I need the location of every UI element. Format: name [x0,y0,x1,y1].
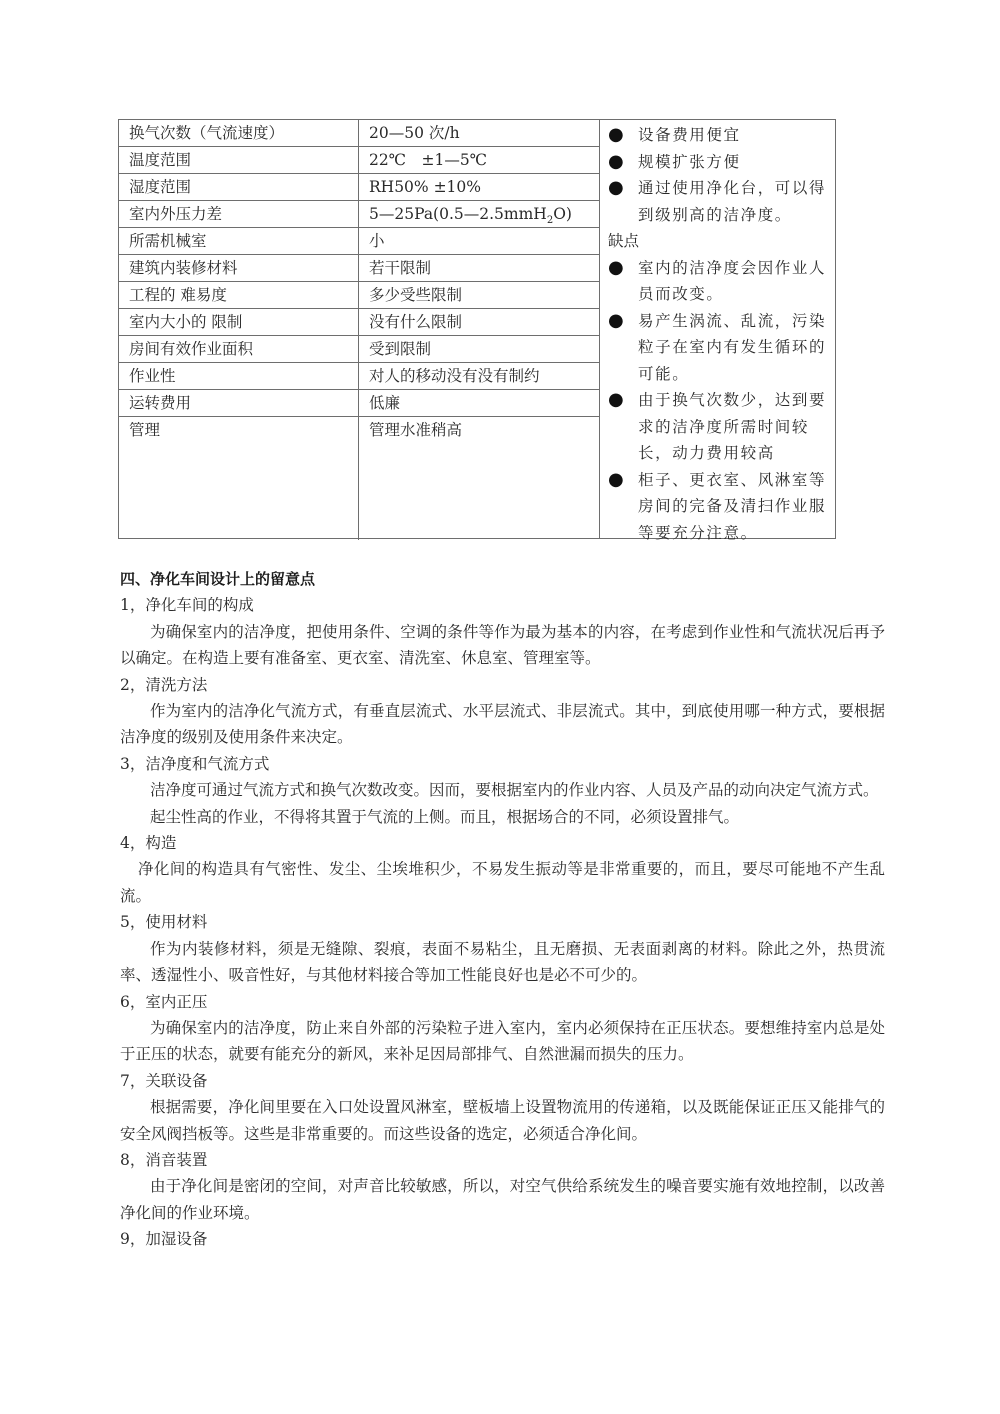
item-heading: 4，构造 [120,830,885,856]
item-heading: 3，洁净度和气流方式 [120,751,885,777]
spec-value: 低廉 [359,390,599,416]
spec-key: 湿度范围 [119,174,359,200]
paragraph: 洁净度可通过气流方式和换气次数改变。因而，要根据室内的作业内容、人员及产品的动向… [120,777,885,803]
paragraph: 起尘性高的作业，不得将其置于气流的上侧。而且，根据场合的不同，必须设置排气。 [120,804,885,830]
spec-columns: 换气次数（气流速度） 20—50 次/h 温度范围 22℃ ±1—5℃ 湿度范围… [119,120,599,538]
spec-key: 室内外压力差 [119,201,359,227]
bullet-icon: ● [608,122,638,149]
disadvantage-text: 由于换气次数少，达到要求的洁净度所需时间较长，动力费用较高 [638,387,835,467]
spec-value: 若干限制 [359,255,599,281]
spec-key: 作业性 [119,363,359,389]
advantage-item: ● 规模扩张方便 [608,149,835,176]
bullet-icon: ● [608,387,638,467]
table-row: 工程的 难易度 多少受些限制 [119,282,599,309]
advantage-text: 规模扩张方便 [638,149,835,176]
table-row: 运转费用 低廉 [119,390,599,417]
spec-key: 工程的 难易度 [119,282,359,308]
spec-value: 多少受些限制 [359,282,599,308]
disadvantages-heading: 缺点 [608,228,835,255]
paragraph: 作为室内的洁净化气流方式，有垂直层流式、水平层流式、非层流式。其中，到底使用哪一… [120,698,885,751]
spec-value: 对人的移动没有没有制约 [359,363,599,389]
pros-cons-column: ● 设备费用便宜 ● 规模扩张方便 ● 通过使用净化台，可以得到级别高的洁净度。… [599,120,835,538]
item-heading: 8，消音装置 [120,1147,885,1173]
advantage-item: ● 设备费用便宜 [608,122,835,149]
spec-value: 22℃ ±1—5℃ [359,147,599,173]
disadvantage-item: ● 室内的洁净度会因作业人员而改变。 [608,255,835,308]
spec-value: 20—50 次/h [359,120,599,146]
spec-value: RH50% ±10% [359,174,599,200]
advantage-text: 设备费用便宜 [638,122,835,149]
spec-key: 管理 [119,417,359,540]
paragraph: 由于净化间是密闭的空间，对声音比较敏感，所以，对空气供给系统发生的噪音要实施有效… [120,1173,885,1226]
spec-value: 5—25Pa(0.5—2.5mmH2O) [359,201,599,227]
table-row: 换气次数（气流速度） 20—50 次/h [119,120,599,147]
item-heading: 2，清洗方法 [120,672,885,698]
paragraph: 为确保室内的洁净度，把使用条件、空调的条件等作为最为基本的内容，在考虑到作业性和… [120,619,885,672]
comparison-table: 换气次数（气流速度） 20—50 次/h 温度范围 22℃ ±1—5℃ 湿度范围… [118,119,836,539]
spec-key: 温度范围 [119,147,359,173]
disadvantage-text: 室内的洁净度会因作业人员而改变。 [638,255,835,308]
paragraph: 净化间的构造具有气密性、发尘、尘埃堆积少，不易发生振动等是非常重要的，而且，要尽… [120,856,885,909]
advantage-text: 通过使用净化台，可以得到级别高的洁净度。 [638,175,835,228]
table-row: 室内外压力差 5—25Pa(0.5—2.5mmH2O) [119,201,599,228]
design-notes-section: 四、净化车间设计上的留意点 1，净化车间的构成 为确保室内的洁净度，把使用条件、… [120,566,885,1253]
document-page: 换气次数（气流速度） 20—50 次/h 温度范围 22℃ ±1—5℃ 湿度范围… [0,0,1000,1414]
bullet-icon: ● [608,467,638,547]
spec-key: 运转费用 [119,390,359,416]
spec-key: 所需机械室 [119,228,359,254]
table-row: 所需机械室 小 [119,228,599,255]
table-row: 管理 管理水准稍高 [119,417,599,540]
paragraph: 作为内装修材料，须是无缝隙、裂痕，表面不易粘尘，且无磨损、无表面剥离的材料。除此… [120,936,885,989]
bullet-icon: ● [608,255,638,308]
item-heading: 6，室内正压 [120,989,885,1015]
disadvantage-text: 易产生涡流、乱流，污染粒子在室内有发生循环的可能。 [638,308,835,388]
item-heading: 1，净化车间的构成 [120,592,885,618]
table-row: 房间有效作业面积 受到限制 [119,336,599,363]
section-title: 四、净化车间设计上的留意点 [120,566,885,592]
disadvantage-item: ● 柜子、更衣室、风淋室等房间的完备及清扫作业服等要充分注意。 [608,467,835,547]
item-heading: 5，使用材料 [120,909,885,935]
table-row: 温度范围 22℃ ±1—5℃ [119,147,599,174]
advantage-item: ● 通过使用净化台，可以得到级别高的洁净度。 [608,175,835,228]
disadvantage-item: ● 易产生涡流、乱流，污染粒子在室内有发生循环的可能。 [608,308,835,388]
spec-key: 室内大小的 限制 [119,309,359,335]
paragraph: 为确保室内的洁净度，防止来自外部的污染粒子进入室内，室内必须保持在正压状态。要想… [120,1015,885,1068]
item-heading: 9，加湿设备 [120,1226,885,1252]
table-row: 湿度范围 RH50% ±10% [119,174,599,201]
spec-key: 房间有效作业面积 [119,336,359,362]
table-row: 建筑内装修材料 若干限制 [119,255,599,282]
spec-key: 换气次数（气流速度） [119,120,359,146]
spec-value: 没有什么限制 [359,309,599,335]
pressure-value: 5—25Pa(0.5—2.5mmH [369,205,547,223]
disadvantage-text: 柜子、更衣室、风淋室等房间的完备及清扫作业服等要充分注意。 [638,467,835,547]
bullet-icon: ● [608,149,638,176]
spec-key: 建筑内装修材料 [119,255,359,281]
bullet-icon: ● [608,175,638,228]
bullet-icon: ● [608,308,638,388]
spec-value: 小 [359,228,599,254]
spec-value: 受到限制 [359,336,599,362]
paragraph: 根据需要，净化间里要在入口处设置风淋室，壁板墙上设置物流用的传递箱，以及既能保证… [120,1094,885,1147]
spec-value: 管理水准稍高 [359,417,599,540]
pressure-value-end: O) [553,205,572,223]
disadvantage-item: ● 由于换气次数少，达到要求的洁净度所需时间较长，动力费用较高 [608,387,835,467]
table-row: 室内大小的 限制 没有什么限制 [119,309,599,336]
table-row: 作业性 对人的移动没有没有制约 [119,363,599,390]
item-heading: 7，关联设备 [120,1068,885,1094]
